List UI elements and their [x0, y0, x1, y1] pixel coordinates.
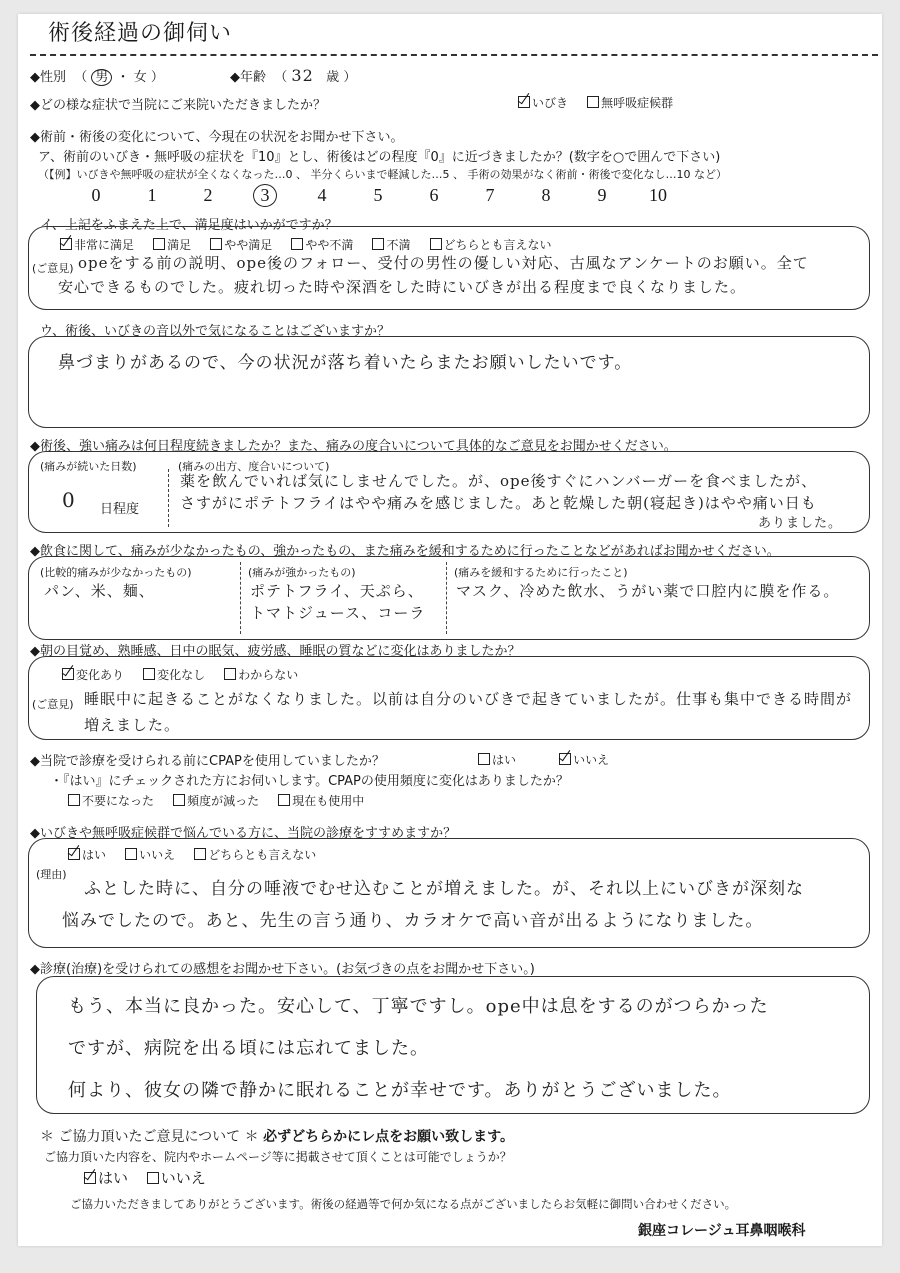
recommend-reason-line-2[interactable]: 悩みでしたので。あと、先生の言う通り、カラオケで高い音が出るようになりました。: [62, 906, 763, 931]
clinic-name: 銀座コレージュ耳鼻咽喉科: [638, 1220, 805, 1240]
food-divider-1: [240, 562, 241, 634]
checkbox-icon: [278, 794, 290, 806]
scale-3-selected[interactable]: 3: [253, 184, 277, 207]
pain-days-label: (痛みが続いた日数): [40, 458, 137, 474]
change-heading: ◆術前・術後の変化について、今現在の状況をお聞かせ下さい。: [30, 126, 403, 145]
satisfaction-neutral-checkbox[interactable]: どちらとも言えない: [430, 236, 552, 253]
symptom-options: いびき 無呼吸症候群: [518, 92, 687, 111]
age-value[interactable]: 32: [291, 66, 313, 85]
satisfaction-comment-label: (ご意見): [32, 260, 74, 276]
satisfaction-satisfied-checkbox[interactable]: 満足: [153, 236, 191, 253]
checkbox-icon: [291, 238, 303, 250]
age-field: ◆年齢 （ 32 歳 ）: [230, 66, 356, 85]
scale-0[interactable]: 0: [68, 185, 124, 206]
cpap-still-using-checkbox[interactable]: 現在も使用中: [278, 792, 364, 809]
symptom-question: ◆どの様な症状で当院にご来院いただきましたか？: [30, 94, 326, 113]
sleep-comment-line-1[interactable]: 睡眠中に起きることがなくなりました。以前は自分のいびきで起きていましたが。仕事も…: [84, 688, 852, 709]
checkbox-icon: [68, 794, 80, 806]
recommend-reason-label: (理由): [36, 866, 67, 882]
form-title: 術後経過の御伺い: [48, 16, 232, 47]
recommend-no-checkbox[interactable]: いいえ: [125, 846, 175, 863]
checkbox-icon: [173, 794, 185, 806]
checkbox-checked-icon: [559, 753, 571, 765]
food-col3-label: (痛みを緩和するために行ったこと): [454, 564, 628, 580]
checkbox-icon: [194, 848, 206, 860]
impression-question: ◆診療(治療)を受けられての感想をお聞かせ下さい。(お気づきの点をお聞かせ下さい…: [30, 958, 535, 977]
checkbox-checked-icon: [62, 668, 74, 680]
scale-8[interactable]: 8: [518, 185, 574, 206]
cpap-yes-checkbox[interactable]: はい: [478, 751, 516, 768]
consent-yes-checkbox[interactable]: はい: [84, 1167, 128, 1188]
cpap-follow-options: 不要になった 頻度が減った 現在も使用中: [68, 790, 378, 809]
checkbox-icon: [430, 238, 442, 250]
pain-column-divider: [168, 469, 169, 527]
pain-detail-line-2[interactable]: さすがにポテトフライはやや痛みを感じました。あと乾燥した朝(寝起き)はやや痛い日…: [180, 492, 817, 513]
cpap-question: ◆当院で診療を受けられる前にCPAPを使用していましたか？: [30, 750, 385, 769]
checkbox-icon: [143, 668, 155, 680]
consent-heading: ＊ ご協力頂いたご意見について ＊ 必ずどちらかにレ点をお願い致します。: [40, 1126, 514, 1146]
checkbox-icon: [372, 238, 384, 250]
other-concerns-answer[interactable]: 鼻づまりがあるので、今の状況が落ち着いたらまたお願いしたいです。: [58, 348, 632, 373]
sleep-comment-label: (ご意見): [32, 696, 74, 712]
symptom-snoring-checkbox[interactable]: いびき: [518, 94, 568, 111]
consent-options: はい いいえ: [84, 1167, 220, 1188]
food-divider-2: [446, 562, 447, 634]
pain-detail-line-3[interactable]: ありました。: [758, 512, 842, 531]
title-divider: [30, 54, 878, 56]
change-sub-question: ア、術前のいびき・無呼吸の症状を『10』とし、術後はどの程度『0』に近づきました…: [38, 146, 720, 165]
sleep-no-change-checkbox[interactable]: 変化なし: [143, 666, 205, 683]
food-col3-value[interactable]: マスク、冷めた飲水、うがい薬で口腔内に膜を作る。: [456, 580, 839, 601]
checkbox-icon: [224, 668, 236, 680]
recommend-reason-line-1[interactable]: ふとした時に、自分の唾液でむせ込むことが増えました。が、それ以上にいびきが深刻な: [84, 874, 804, 899]
pain-days-unit: 日程度: [100, 498, 139, 517]
survey-form: 術後経過の御伺い ◆性別 （ 男 ・ 女 ） ◆年齢 （ 32 歳 ） ◆どの様…: [18, 14, 882, 1246]
pain-days-value[interactable]: 0: [62, 488, 76, 512]
satisfaction-very-satisfied-checkbox[interactable]: 非常に満足: [60, 236, 134, 253]
recommend-yes-checkbox[interactable]: はい: [68, 846, 106, 863]
checkbox-icon: [587, 96, 599, 108]
checkbox-checked-icon: [84, 1172, 96, 1184]
scale-6[interactable]: 6: [406, 185, 462, 206]
checkbox-icon: [147, 1172, 159, 1184]
change-scale: 012345678910: [68, 184, 686, 207]
food-col2-line-2[interactable]: トマトジュース、コーラ: [250, 602, 425, 623]
recommend-options: はい いいえ どちらとも言えない: [68, 844, 330, 863]
pain-detail-line-1[interactable]: 薬を飲んでいれば気にしませんでした。が、ope後すぐにハンバーガーを食べましたが…: [180, 470, 817, 491]
impression-line-3[interactable]: 何より、彼女の隣で静かに眠れることが幸せです。ありがとうございました。: [68, 1076, 732, 1102]
scale-4[interactable]: 4: [294, 185, 350, 206]
checkbox-icon: [478, 753, 490, 765]
sleep-comment-line-2[interactable]: 増えました。: [84, 714, 180, 735]
cpap-reduced-checkbox[interactable]: 頻度が減った: [173, 792, 259, 809]
cpap-follow-up: ・『はい』にチェックされた方にお伺いします。CPAPの使用頻度に変化はありました…: [50, 770, 569, 789]
satisfaction-somewhat-dissatisfied-checkbox[interactable]: やや不満: [291, 236, 353, 253]
satisfaction-comment-line-2[interactable]: 安心できるものでした。疲れ切った時や深酒をした時にいびきが出る程度まで良くなりま…: [58, 276, 746, 297]
scale-7[interactable]: 7: [462, 185, 518, 206]
scale-2[interactable]: 2: [180, 185, 236, 206]
food-col2-line-1[interactable]: ポテトフライ、天ぷら、: [250, 580, 424, 601]
recommend-neutral-checkbox[interactable]: どちらとも言えない: [194, 846, 316, 863]
scale-1[interactable]: 1: [124, 185, 180, 206]
food-col1-label: (比較的痛みが少なかったもの): [40, 564, 192, 580]
food-col2-label: (痛みが強かったもの): [248, 564, 356, 580]
scale-9[interactable]: 9: [574, 185, 630, 206]
impression-line-1[interactable]: もう、本当に良かった。安心して、丁寧ですし。ope中は息をするのがつらかった: [68, 992, 769, 1018]
checkbox-checked-icon: [60, 238, 72, 250]
checkbox-icon: [125, 848, 137, 860]
cpap-options: はい いいえ: [478, 749, 623, 768]
cpap-not-needed-checkbox[interactable]: 不要になった: [68, 792, 154, 809]
impression-line-2[interactable]: ですが、病院を出る頃には忘れてました。: [68, 1034, 429, 1060]
checkbox-checked-icon: [518, 96, 530, 108]
consent-no-checkbox[interactable]: いいえ: [147, 1167, 206, 1188]
satisfaction-dissatisfied-checkbox[interactable]: 不満: [372, 236, 410, 253]
scale-10[interactable]: 10: [630, 185, 686, 206]
checkbox-icon: [153, 238, 165, 250]
gender-male-option[interactable]: 男: [91, 69, 112, 86]
gender-field: ◆性別 （ 男 ・ 女 ）: [30, 66, 164, 85]
checkbox-icon: [210, 238, 222, 250]
cpap-no-checkbox[interactable]: いいえ: [559, 751, 609, 768]
footer-thanks: ご協力いただきましてありがとうございます。術後の経過等で何か気になる点がございま…: [70, 1196, 736, 1212]
checkbox-checked-icon: [68, 848, 80, 860]
sleep-options: 変化あり 変化なし わからない: [62, 664, 312, 683]
gender-female-option[interactable]: 女: [134, 70, 147, 85]
satisfaction-somewhat-satisfied-checkbox[interactable]: やや満足: [210, 236, 272, 253]
food-col1-value[interactable]: パン、米、麺、: [44, 580, 155, 601]
sleep-changed-checkbox[interactable]: 変化あり: [62, 666, 124, 683]
sleep-unknown-checkbox[interactable]: わからない: [224, 666, 298, 683]
symptom-apnea-checkbox[interactable]: 無呼吸症候群: [587, 94, 673, 111]
consent-question: ご協力頂いた内容を、院内やホームページ等に掲載させて頂くことは可能でしょうか？: [44, 1148, 512, 1165]
satisfaction-options: 非常に満足 満足 やや満足 やや不満 不満 どちらとも言えない: [60, 234, 566, 253]
scale-5[interactable]: 5: [350, 185, 406, 206]
satisfaction-comment-line-1[interactable]: opeをする前の説明、ope後のフォロー、受付の男性の優しい対応、古風なアンケー…: [78, 252, 809, 273]
change-example: （【例】いびきや無呼吸の症状が全くなくなった…0 、 半分くらいまで軽減した…5…: [38, 166, 727, 182]
